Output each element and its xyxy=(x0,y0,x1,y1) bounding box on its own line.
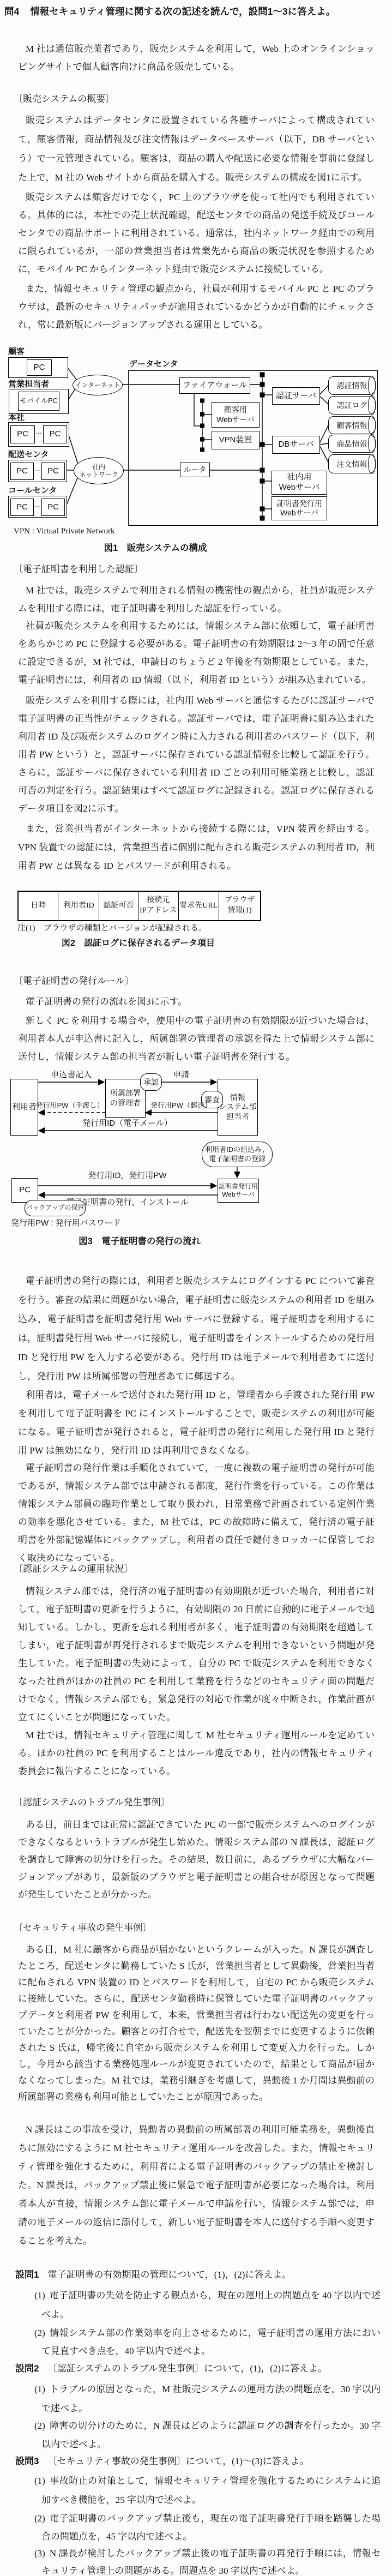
question1-item1-text: 電子証明書の失効を防止する観点から，現在の運用上の問題点を 40 字以内で述べよ… xyxy=(41,2290,381,2320)
paragraph-o: ある日，前日までは正常に認証できていた PC の一部で販売システムへのログインが… xyxy=(18,1816,375,1904)
question3-item2-number: (2) xyxy=(34,2513,45,2524)
fig1-auth-server: 認証サーバ xyxy=(272,387,320,405)
paragraph-p: ある日，M 社に顧客から商品が届かないというクレームが入った。N 課長が調査した… xyxy=(18,1942,375,2105)
paragraph-d: M 社では，販売システムで利用される情報の機密性の観点から，社員が販売システムを… xyxy=(18,581,375,617)
fig1-internal-web-server: 社内用 Webサーバ xyxy=(272,471,327,495)
section-heading-cert-auth: 〔電子証明書を利用した認証〕 xyxy=(14,563,143,575)
fig1-dlv-pc2: PC xyxy=(41,463,65,480)
fig1-hq-dots: … xyxy=(34,428,43,435)
paragraph-l: 電子証明書の発行作業は手順化されていて，一度に複数の電子証明書の発行が可能である… xyxy=(18,1459,375,1567)
section-heading-trouble: 〔認証システムのトラブル発生事例〕 xyxy=(14,1797,170,1809)
question3-item1: (1)事故防止の対策として，情報セキュリティ管理を強化するためにシステムに追加す… xyxy=(34,2471,381,2509)
section-heading-issue-rule: 〔電子証明書の発行ルール〕 xyxy=(14,975,134,987)
fig3-cert-web-server-box: 証明書発行用 Webサーバ xyxy=(218,1179,259,1203)
fig3-register-bubble: 利用者IDの組込み， 電子証明書の登録 xyxy=(202,1142,273,1167)
fig1-router: ルータ xyxy=(180,463,210,477)
fig3-manager-box: 所属部署 の管理者 xyxy=(105,1079,146,1118)
fig1-customer-info-store: 顧客情報 xyxy=(328,416,376,434)
question3-item3-number: (3) xyxy=(34,2548,45,2559)
fig1-call-pc2: PC xyxy=(41,499,65,516)
paragraph-k: 利用者は，電子メールで送付された発行用 ID と，管理者から手渡された発行用 P… xyxy=(18,1386,375,1460)
fig1-auth-info-store: 認証情報 xyxy=(328,376,376,395)
section-heading-operation: 〔認証システムの運用状況〕 xyxy=(14,1563,133,1575)
exam-document-page: 問4情報セキュリティ管理に関する次の記述を読んで，設問1～3に答えよ。 M 社は… xyxy=(0,0,392,2576)
paragraph-n: M 社では，情報セキュリティ管理に関して M 社セキュリティ運用ルールを定めてい… xyxy=(18,1726,375,1780)
fig3-info-systems-dept-box: 情報 システム部 担当者 xyxy=(218,1079,258,1136)
fig1-label-delivery-center: 配送センタ xyxy=(8,450,49,460)
fig1-label-sales-rep: 営業担当者 xyxy=(8,380,49,389)
paragraph-h: 電子証明書の発行の流れを図3に示す。 xyxy=(18,993,375,1011)
fig1-delivery-group: PC … PC xyxy=(8,460,67,482)
question3-label: 設問3 xyxy=(15,2456,39,2466)
fig1-sales-rep-group: モバイルPC xyxy=(9,389,69,414)
figure2-auth-log-items: 日時 利用者ID 認証可否 接続元 IPアドレス 要求先URL ブラウザ 情報(… xyxy=(0,889,392,950)
fig2-log-item-table: 日時 利用者ID 認証可否 接続元 IPアドレス 要求先URL ブラウザ 情報(… xyxy=(17,891,261,921)
fig1-vpn-device: VPN装置 xyxy=(212,431,260,449)
fig1-db-server: DBサーバ xyxy=(272,436,320,454)
fig1-cert-web-server: 証明書発行用 Webサーバ xyxy=(272,496,327,520)
fig3-approve-bubble: 承認 xyxy=(140,1073,162,1091)
question3-item2-text: 電子証明書のバックアップ禁止後も，現在の電子証明書発行手順を踏襲した場合の問題点… xyxy=(41,2513,381,2542)
fig1-customer-group: PC xyxy=(8,357,68,378)
question2-heading: 設問2〔認証システムのトラブル発生事例〕について，(1)，(2)に答えよ。 xyxy=(15,2361,327,2374)
fig3-note: 発行用PW : 発行用パスワード xyxy=(11,1218,121,1228)
section-heading-overview: 〔販売システムの概要〕 xyxy=(14,93,114,105)
paragraph-f: 販売システムを利用する際には，社内用 Web サーバと通信するたびに認証サーバで… xyxy=(18,692,375,818)
fig1-dlv-pc1: PC xyxy=(10,463,34,480)
section-heading-incident: 〔セキュリティ事故の発生事例〕 xyxy=(14,1922,152,1934)
fig3-pc-box: PC xyxy=(11,1178,38,1203)
fig3-backup-bubble: バックアップの保管 xyxy=(25,1200,86,1216)
fig1-vpn-note: VPN : Virtual Private Network xyxy=(14,526,114,536)
fig1-hq-pc1: PC xyxy=(10,425,35,443)
question2-text: 〔認証システムのトラブル発生事例〕について，(1)，(2)に答えよ。 xyxy=(47,2363,327,2374)
fig2-column-browser-info: ブラウザ 情報(1) xyxy=(219,892,260,920)
question2-item2: (2)障害の切分けのために，N 課長はどのように認証ログの調査を行ったか。30 … xyxy=(34,2417,381,2454)
fig1-intranet-cloud: 社内 ネットワーク xyxy=(74,457,124,484)
question3-item3: (3)N 課長が検討したバックアップ禁止後の電子証明書の再発行手順には，情報セキ… xyxy=(34,2545,381,2576)
fig2-column-source-ip: 接続元 IPアドレス xyxy=(138,892,178,920)
fig1-call-dots: … xyxy=(33,501,41,508)
question-title: 情報セキュリティ管理に関する次の記述を読んで，設問1～3に答えよ。 xyxy=(30,6,335,17)
question1-label: 設問1 xyxy=(15,2269,39,2280)
fig1-auth-log-store: 認証ログ xyxy=(328,396,376,415)
paragraph-i: 新しく PC を利用する場合や，使用中の電子証明書の有効期限が近づいた場合は，利… xyxy=(18,1012,375,1066)
question2-item1-number: (1) xyxy=(34,2384,45,2394)
question3-item2: (2)電子証明書のバックアップ禁止後も，現在の電子証明書発行手順を踏襲した場合の… xyxy=(34,2509,381,2545)
paragraph-intro: M 社は通信販売業者であり，販売システムを利用して，Web 上のオンラインショッ… xyxy=(18,40,375,76)
question-header: 問4情報セキュリティ管理に関する次の記述を読んで，設問1～3に答えよ。 xyxy=(4,4,335,18)
fig1-customer-web-server: 顧客用 Webサーバ xyxy=(212,402,260,428)
question1-item2: (2)情報システム部の作業効率を向上させるために，電子証明書の運用方法において見… xyxy=(34,2324,381,2360)
fig2-column-user-id: 利用者ID xyxy=(58,892,99,920)
fig2-footnote: 注(1) ブラウザの種類とバージョンが記録される。 xyxy=(17,923,207,933)
fig1-label-head-office: 本社 xyxy=(8,413,25,423)
fig1-order-info-store: 注文情報 xyxy=(328,454,376,473)
fig2-caption: 図2 認証ログに保存されるデータ項目 xyxy=(17,936,259,948)
paragraph-j: 電子証明書の発行の際には，利用者と販売システムにログインする PC について審査… xyxy=(18,1271,375,1386)
fig3-label-issue-id-pw: 発行用ID，発行用PW xyxy=(37,1171,218,1181)
fig1-dlv-dots: … xyxy=(33,465,41,472)
fig3-caption: 図3 電子証明書の発行の流れ xyxy=(0,1234,279,1247)
paragraph-m: 情報システム部では，発行済の電子証明書の有効期限が近づいた場合，利用者に対して，… xyxy=(18,1582,375,1726)
question3-heading: 設問3〔セキュリティ事故の発生事例〕について，(1)～(3)に答えよ。 xyxy=(15,2453,309,2467)
fig1-label-call-center: コールセンタ xyxy=(8,486,57,496)
fig1-hq-pc2: PC xyxy=(43,425,67,443)
fig1-head-office-group: PC … PC xyxy=(8,422,69,447)
paragraph-g: また，営業担当者がインターネットから接続する際には，VPN 装置を経由する。VP… xyxy=(18,820,375,875)
fig1-label-customer: 顧客 xyxy=(8,347,25,357)
fig2-column-auth-result: 認証可否 xyxy=(99,892,137,920)
question1-item2-number: (2) xyxy=(34,2328,45,2338)
question2-item1: (1)トラブルの原因となった，M 社販売システムの運用方法の問題点を，30 字以… xyxy=(34,2380,381,2418)
question2-item2-text: 障害の切分けのために，N 課長はどのように認証ログの調査を行ったか。30 字以内… xyxy=(41,2421,381,2449)
question-number: 問4 xyxy=(4,6,19,17)
question3-item1-text: 事故防止の対策として，情報セキュリティ管理を強化するためにシステムに追加すべき機… xyxy=(41,2476,381,2505)
question3-item3-text: N 課長が検討したバックアップ禁止後の電子証明書の再発行手順には，情報セキュリテ… xyxy=(41,2548,381,2576)
fig1-firewall: ファイアウォール xyxy=(179,377,250,394)
figure1-sales-system-diagram: 顧客 PC 営業担当者 モバイルPC 本社 PC … PC 配送センタ PC …… xyxy=(0,346,392,556)
fig2-column-request-url: 要求先URL xyxy=(178,892,219,920)
fig2-column-datetime: 日時 xyxy=(19,892,58,920)
fig3-label-pw-mail: 発行用PW（郵送） xyxy=(143,1101,219,1110)
fig1-customer-pc: PC xyxy=(27,359,52,376)
question3-item1-number: (1) xyxy=(34,2476,45,2486)
fig1-caption: 図1 販売システムの構成 xyxy=(0,541,311,554)
fig1-product-info-store: 商品情報 xyxy=(328,435,376,453)
figure3-cert-issue-flow: 申込書記入 申請 利用者 所属部署 の管理者 情報 システム部 担当者 承認 審… xyxy=(0,1070,392,1253)
question3-text: 〔セキュリティ事故の発生事例〕について，(1)～(3)に答えよ。 xyxy=(47,2456,309,2466)
question2-label: 設問2 xyxy=(15,2363,39,2374)
fig1-label-datacenter: データセンタ xyxy=(129,359,178,369)
fig1-internet-cloud: インターネット xyxy=(73,375,123,395)
question1-item2-text: 情報システム部の作業効率を向上させるために，電子証明書の運用方法において見直すべ… xyxy=(41,2328,381,2356)
question2-item1-text: トラブルの原因となった，M 社販売システムの運用方法の問題点を，30 字以内で述… xyxy=(41,2384,381,2413)
fig1-call-group: PC … PC xyxy=(8,496,67,518)
question1-item1: (1)電子証明書の失効を防止する観点から，現在の運用上の問題点を 40 字以内で… xyxy=(34,2286,381,2324)
paragraph-a: 販売システムはデータセンタに設置されている各種サーバによって構成されていて，顧客… xyxy=(18,111,375,187)
fig1-mobile-pc: モバイルPC xyxy=(18,392,59,411)
question1-item1-number: (1) xyxy=(34,2290,45,2301)
fig3-label-apply-form: 申込書記入 xyxy=(37,1070,105,1080)
question1-text: 電子証明書の有効期限の管理について，(1)，(2)に答えよ。 xyxy=(47,2269,291,2280)
fig3-label-pw-hand: 発行用PW（手渡し） xyxy=(32,1101,108,1110)
paragraph-q: N 課長はこの事故を受け，異動者の異動前の所属部署の利用可能業務を，異動後直ちに… xyxy=(18,2121,375,2250)
fig1-call-pc1: PC xyxy=(10,499,34,516)
paragraph-e: 社員が販売システムを利用するためには，情報システム部に依頼して，電子証明書をあら… xyxy=(18,617,375,689)
paragraph-c: また，情報セキュリティ管理の観点から，社員が利用するモバイル PC と PC の… xyxy=(18,280,375,334)
question2-item2-number: (2) xyxy=(34,2421,45,2431)
question1-heading: 設問1電子証明書の有効期限の管理について，(1)，(2)に答えよ。 xyxy=(15,2267,291,2280)
fig3-label-id-email: 発行用ID（電子メール） xyxy=(37,1119,218,1128)
paragraph-b: 販売システムは顧客だけでなく，PC 上のブラウザを使って社内でも利用されている。… xyxy=(18,188,375,278)
